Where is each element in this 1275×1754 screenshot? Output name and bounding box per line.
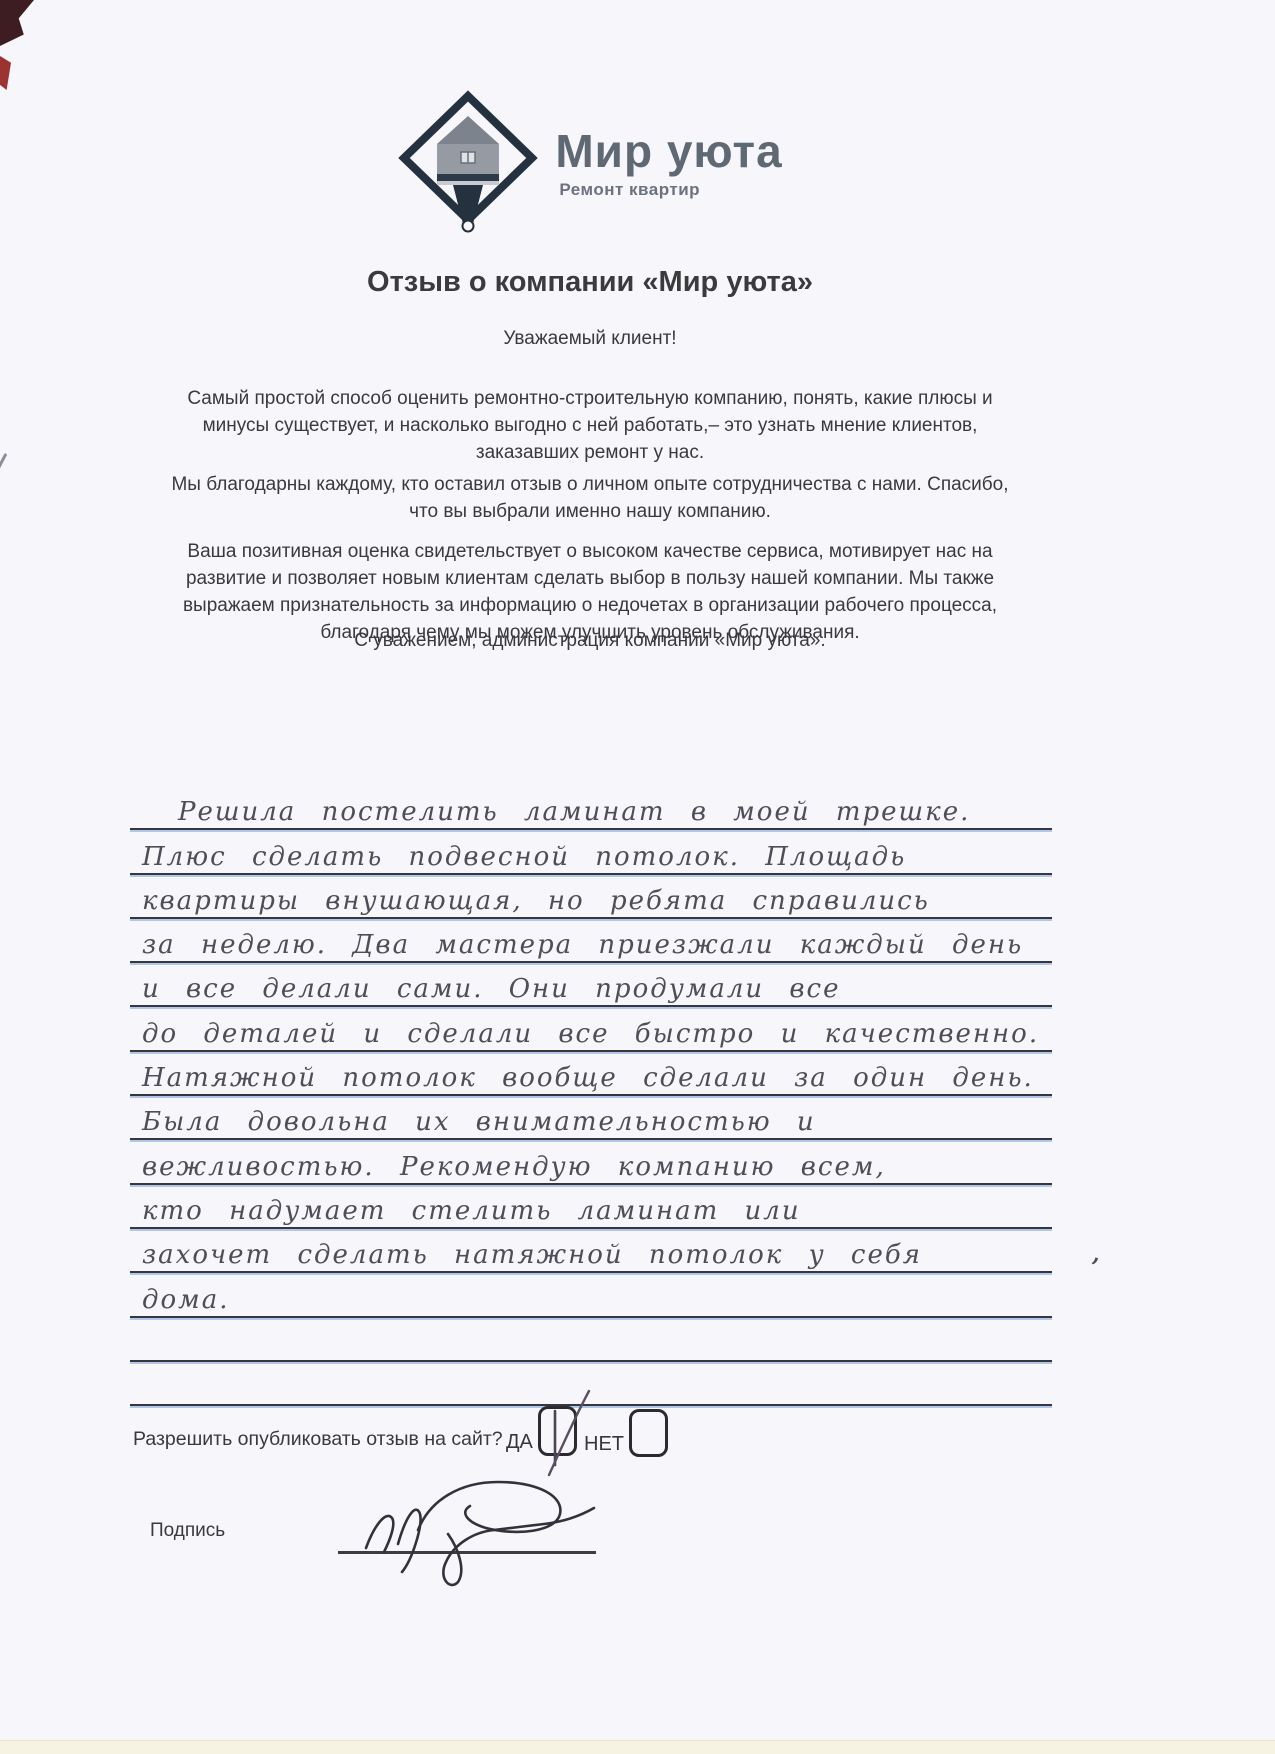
review-line: вежливостью. Рекомендую компанию всем, — [130, 1140, 1052, 1184]
review-line: квартиры внушающая, но ребята справились — [130, 875, 1052, 919]
scan-artifact-left-dash — [0, 453, 7, 479]
signature-label: Подпись — [150, 1520, 225, 1542]
review-line: Была довольна их внимательностью и — [130, 1096, 1052, 1140]
logo-tagline: Ремонт квартир — [559, 180, 782, 200]
review-line: Решила постелить ламинат в моей трешке. — [130, 786, 1052, 830]
review-line: кто надумает стелить ламинат или — [130, 1185, 1052, 1229]
review-line: и все делали сами. Они продумали все — [130, 963, 1052, 1007]
signoff-line: С уважением, администрация компании «Мир… — [30, 630, 1150, 652]
yes-label: ДА — [506, 1431, 533, 1454]
paintbrush-house-icon — [397, 90, 539, 240]
greeting-line: Уважаемый клиент! — [30, 328, 1150, 350]
logo-wordmark: Мир уюта Ремонт квартир — [555, 124, 782, 200]
company-logo: Мир уюта Ремонт квартир — [30, 90, 1150, 240]
intro-paragraph: Мы благодарны каждому, кто оставил отзыв… — [155, 471, 1025, 525]
scan-artifact-pen-mark: ’ — [1084, 1251, 1102, 1287]
review-line-empty — [130, 1318, 1052, 1362]
review-line-empty — [130, 1362, 1052, 1406]
no-label: НЕТ — [584, 1433, 624, 1456]
review-line: за неделю. Два мастера приезжали каждый … — [130, 919, 1052, 963]
yes-checkbox[interactable] — [538, 1406, 577, 1456]
scan-edge-strip — [0, 1740, 1275, 1754]
review-line: дома. — [130, 1273, 1052, 1317]
review-line: Натяжной потолок вообще сделали за один … — [130, 1052, 1052, 1096]
handwritten-review: Решила постелить ламинат в моей трешке. … — [130, 786, 1052, 1406]
no-checkbox[interactable] — [629, 1409, 668, 1457]
intro-paragraph: Самый простой способ оценить ремонтно-ст… — [155, 385, 1025, 466]
review-line: Плюс сделать подвесной потолок. Площадь — [130, 830, 1052, 874]
scan-artifact-corner — [0, 0, 34, 46]
publish-question: Разрешить опубликовать отзыв на сайт? — [133, 1428, 503, 1451]
page-title: Отзыв о компании «Мир уюта» — [30, 266, 1150, 299]
signature-scribble — [352, 1474, 602, 1592]
review-line: захочет сделать натяжной потолок у себя — [130, 1229, 1052, 1273]
scanned-review-form: ’ Мир уюта Ремонт квартир Отзыв о компан… — [0, 0, 1275, 1754]
review-line: до деталей и сделали все быстро и качест… — [130, 1007, 1052, 1051]
scan-artifact-red-mark — [0, 56, 11, 90]
logo-company-name: Мир уюта — [555, 124, 782, 178]
